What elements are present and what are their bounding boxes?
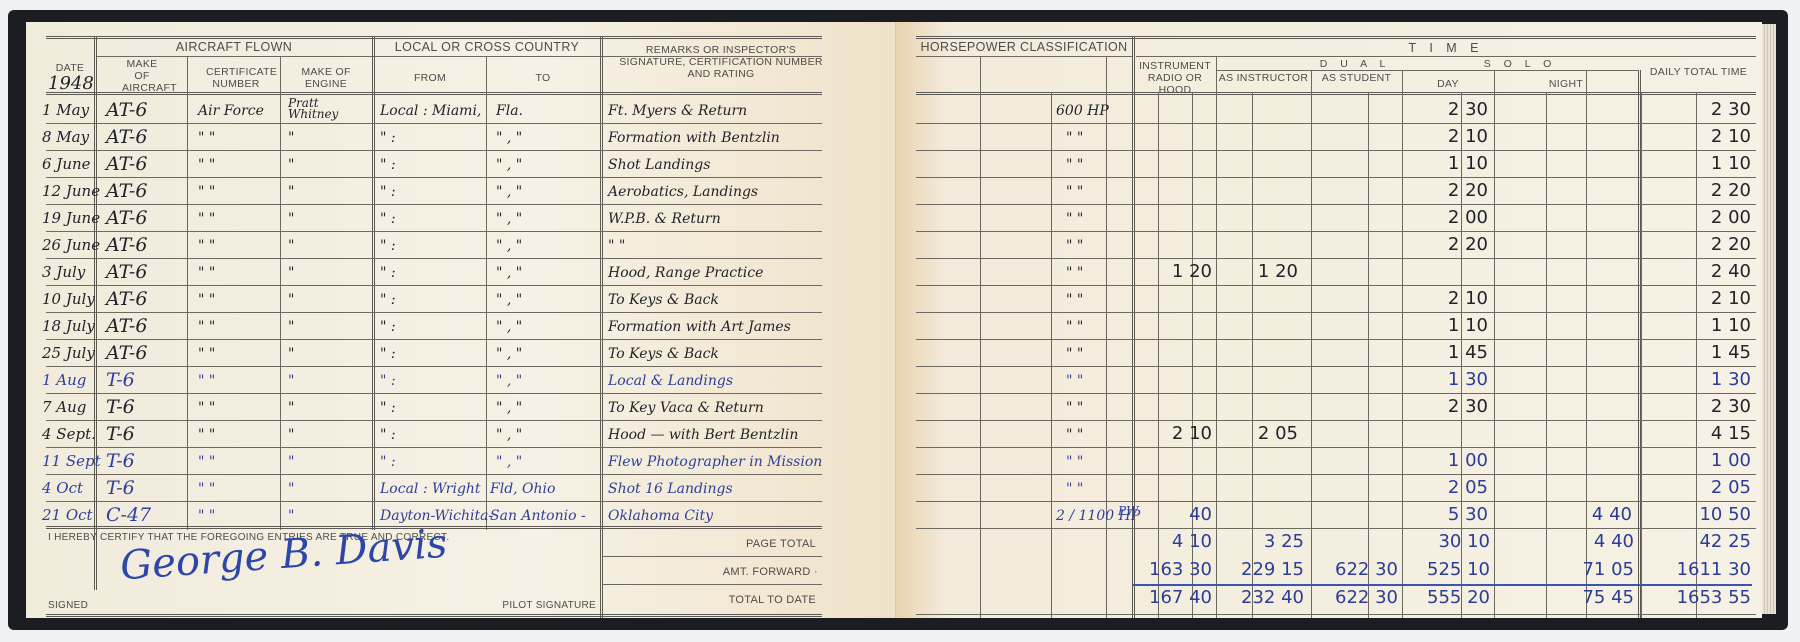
header-night: NIGHT (1494, 78, 1638, 90)
entry-to: Fld, Ohio (490, 479, 555, 499)
entry-horsepower: " " (1066, 263, 1083, 283)
entry-remarks: Hood — with Bert Bentzlin (608, 425, 798, 445)
entry-certificate: Air Force (198, 101, 264, 121)
entry-daily-total: 4 15 (1641, 424, 1751, 444)
entry-daily-total: 2 40 (1641, 262, 1751, 282)
entry-horsepower: " " (1066, 155, 1083, 175)
entry-engine: " (288, 452, 294, 472)
entry-daily-total: 2 10 (1641, 289, 1751, 309)
entry-certificate: " " (198, 155, 215, 175)
entry-solo-day-time: 1 30 (1402, 370, 1488, 390)
page-edges (1762, 24, 1776, 614)
right-page: HORSEPOWER CLASSIFICATION T I M E INSTRU… (896, 22, 1762, 618)
entry-horsepower: " " (1066, 128, 1083, 148)
entry-engine: " (288, 236, 294, 256)
entry-from: " : (380, 263, 396, 283)
entry-remarks: Aerobatics, Landings (608, 182, 758, 202)
entry-solo-night-time: 4 40 (1494, 505, 1632, 525)
total-to-date-instrument: 167 40 (1132, 588, 1212, 608)
entry-daily-total: 2 20 (1641, 235, 1751, 255)
entry-date: 19 June (42, 208, 100, 228)
entry-remarks: Formation with Art James (608, 317, 791, 337)
entry-date: 1 May (42, 100, 89, 120)
entry-certificate: " " (198, 425, 215, 445)
entry-daily-total: 1 10 (1641, 316, 1751, 336)
entry-from: " : (380, 425, 396, 445)
entry-solo-day-time: 1 10 (1402, 154, 1488, 174)
entry-aircraft: AT-6 (106, 343, 147, 363)
entry-instrument-time: 40 (1136, 505, 1212, 525)
header-aircraft-flown: AIRCRAFT FLOWN (96, 41, 372, 53)
entry-engine: " (288, 182, 294, 202)
entry-instrument-time: 2 10 (1136, 424, 1212, 444)
entry-to: " , " (496, 182, 522, 202)
header-horsepower-classification: HORSEPOWER CLASSIFICATION (916, 41, 1132, 53)
entry-solo-day-time: 2 05 (1402, 478, 1488, 498)
entry-from: " : (380, 290, 396, 310)
total-to-date-daily-total: 1653 55 (1641, 588, 1751, 608)
entry-horsepower: " " (1066, 236, 1083, 256)
header-make-of-aircraft: MAKE OF AIRCRAFT (122, 58, 162, 94)
header-as-instructor: AS INSTRUCTOR (1216, 72, 1311, 84)
entry-to: Fla. (496, 101, 523, 121)
entry-to: " , " (496, 452, 522, 472)
entry-to: " , " (496, 236, 522, 256)
entry-solo-day-time: 2 00 (1402, 208, 1488, 228)
entry-dual-instructor-time: 1 20 (1216, 262, 1298, 282)
entry-from: " : (380, 182, 396, 202)
page-total-daily-total: 42 25 (1641, 532, 1751, 552)
header-remarks: REMARKS OR INSPECTOR'S SIGNATURE, CERTIF… (616, 44, 826, 80)
entry-solo-day-time: 2 10 (1402, 127, 1488, 147)
entry-certificate: " " (198, 506, 215, 526)
header-time: T I M E (1136, 42, 1756, 54)
entry-horsepower: " " (1066, 479, 1083, 499)
entry-date: 25 July (42, 343, 95, 363)
entry-date: 8 May (42, 127, 89, 147)
entry-remarks: Formation with Bentzlin (608, 128, 780, 148)
entry-date: 7 Aug (42, 397, 86, 417)
header-daily-total: DAILY TOTAL TIME (1641, 66, 1756, 78)
entry-solo-day-time: 5 30 (1402, 505, 1488, 525)
entry-engine: " (288, 371, 294, 391)
entry-horsepower: 600 HP (1056, 101, 1109, 121)
total-to-date-solo-day: 555 20 (1400, 588, 1490, 608)
entry-daily-total: 1 45 (1641, 343, 1751, 363)
amt-forward-instrument: 163 30 (1132, 560, 1212, 580)
entry-aircraft: T-6 (106, 451, 135, 471)
entry-remarks: Flew Photographer in Mission (608, 452, 822, 472)
header-solo: S O L O (1402, 58, 1638, 70)
entry-certificate: " " (198, 398, 215, 418)
entry-from: " : (380, 155, 396, 175)
entry-horsepower: " " (1066, 344, 1083, 364)
entry-solo-day-time: 2 30 (1402, 397, 1488, 417)
entry-to: " , " (496, 344, 522, 364)
amt-forward-solo-night: 71 05 (1492, 560, 1634, 580)
entry-to: " , " (496, 425, 522, 445)
page-total-instrument: 4 10 (1132, 532, 1212, 552)
entry-certificate: " " (198, 290, 215, 310)
entry-daily-total: 2 10 (1641, 127, 1751, 147)
page-total-solo-night: 4 40 (1492, 532, 1634, 552)
entry-engine: " (288, 425, 294, 445)
amt-forward-label: AMT. FORWARD · (666, 566, 818, 578)
entry-solo-day-time: 1 00 (1402, 451, 1488, 471)
entry-horsepower: " " (1066, 290, 1083, 310)
amt-forward-daily-total: 1611 30 (1641, 560, 1751, 580)
entry-aircraft: AT-6 (106, 262, 147, 282)
header-from: FROM (374, 72, 486, 84)
entry-daily-total: 10 50 (1641, 505, 1751, 525)
header-as-student: AS STUDENT (1311, 72, 1402, 84)
entry-certificate: " " (198, 479, 215, 499)
entry-from: Local : Miami, (380, 101, 481, 121)
entry-horsepower: " " (1066, 209, 1083, 229)
total-to-date-dual-student: 622 30 (1308, 588, 1398, 608)
entry-aircraft: AT-6 (106, 316, 147, 336)
entry-from: " : (380, 344, 396, 364)
entry-aircraft: C-47 (106, 505, 151, 525)
entry-daily-total: 2 05 (1641, 478, 1751, 498)
amt-forward-dual-student: 622 30 (1308, 560, 1398, 580)
entry-daily-total: 2 20 (1641, 181, 1751, 201)
entry-aircraft: T-6 (106, 424, 135, 444)
header-certificate-number: CERTIFICATE NUMBER (206, 66, 266, 90)
entry-from: " : (380, 398, 396, 418)
header-to: TO (486, 72, 600, 84)
entry-horsepower: " " (1066, 317, 1083, 337)
total-to-date-solo-night: 75 45 (1492, 588, 1634, 608)
entry-engine: " (288, 155, 294, 175)
entry-from: " : (380, 317, 396, 337)
entry-date: 21 Oct (42, 505, 93, 525)
entry-certificate: " " (198, 317, 215, 337)
amt-forward-dual-instructor: 229 15 (1214, 560, 1304, 580)
entry-to: " , " (496, 290, 522, 310)
entry-remarks: To Keys & Back (608, 344, 719, 364)
entry-certificate: " " (198, 182, 215, 202)
entry-from: " : (380, 371, 396, 391)
entry-certificate: " " (198, 344, 215, 364)
entry-daily-total: 1 00 (1641, 451, 1751, 471)
entry-remarks: " " (608, 236, 625, 256)
entry-date: 10 July (42, 289, 95, 309)
entry-engine: " (288, 479, 294, 499)
entry-engine: Pratt Whitney (288, 98, 368, 120)
entry-solo-day-time: 2 30 (1402, 100, 1488, 120)
entry-to: " , " (496, 398, 522, 418)
header-local-or-cross-country: LOCAL OR CROSS COUNTRY (374, 41, 600, 53)
entry-date: 4 Oct (42, 478, 83, 498)
entry-instrument-time: 1 20 (1136, 262, 1212, 282)
entry-engine: " (288, 263, 294, 283)
entry-certificate: " " (198, 209, 215, 229)
entry-certificate: " " (198, 452, 215, 472)
entry-remarks: W.P.B. & Return (608, 209, 721, 229)
entry-aircraft: T-6 (106, 397, 135, 417)
entry-date: 26 June (42, 235, 100, 255)
header-day: DAY (1402, 78, 1494, 90)
entry-from: " : (380, 209, 396, 229)
entry-certificate: " " (198, 236, 215, 256)
header-make-of-engine: MAKE OF ENGINE (298, 66, 354, 90)
total-to-date-label: TOTAL TO DATE (666, 594, 816, 606)
entry-remarks: Shot 16 Landings (608, 479, 733, 499)
entry-daily-total: 2 30 (1641, 100, 1751, 120)
entry-date: 6 June (42, 154, 91, 174)
entry-horsepower: " " (1066, 182, 1083, 202)
entry-aircraft: AT-6 (106, 154, 147, 174)
entry-daily-total: 1 10 (1641, 154, 1751, 174)
entry-solo-day-time: 1 45 (1402, 343, 1488, 363)
entry-solo-day-time: 1 10 (1402, 316, 1488, 336)
entry-engine: " (288, 317, 294, 337)
entry-certificate: " " (198, 263, 215, 283)
entry-daily-total: 2 30 (1641, 397, 1751, 417)
entry-to: " , " (496, 371, 522, 391)
signed-label: SIGNED (48, 600, 108, 612)
entry-horsepower: " " (1066, 398, 1083, 418)
entry-date: 3 July (42, 262, 85, 282)
entry-remarks: Hood, Range Practice (608, 263, 763, 283)
page-total-solo-day: 30 10 (1400, 532, 1490, 552)
entry-aircraft: AT-6 (106, 235, 147, 255)
entry-aircraft: T-6 (106, 478, 135, 498)
page-total-dual-instructor: 3 25 (1214, 532, 1304, 552)
entry-date: 4 Sept. (42, 424, 96, 444)
header-instrument: INSTRUMENT RADIO OR HOOD (1134, 60, 1216, 96)
entry-from: " : (380, 236, 396, 256)
entry-from: Local : Wright (380, 479, 481, 499)
page-total-label: PAGE TOTAL (666, 538, 816, 550)
entry-solo-day-time: 2 20 (1402, 181, 1488, 201)
entry-dual-instructor-time: 2 05 (1216, 424, 1298, 444)
year: 1948 (48, 74, 94, 94)
entry-remarks: Ft. Myers & Return (608, 101, 747, 121)
entry-aircraft: AT-6 (106, 181, 147, 201)
entry-remarks: Local & Landings (608, 371, 733, 391)
total-to-date-dual-instructor: 232 40 (1214, 588, 1304, 608)
entry-engine: " (288, 128, 294, 148)
amt-forward-solo-day: 525 10 (1400, 560, 1490, 580)
entry-certificate: " " (198, 128, 215, 148)
entry-to: " , " (496, 317, 522, 337)
entry-aircraft: AT-6 (106, 208, 147, 228)
entry-to: " , " (496, 155, 522, 175)
entry-engine: " (288, 209, 294, 229)
entry-to: " , " (496, 263, 522, 283)
entry-date: 11 Sept (42, 451, 101, 471)
entry-date: 12 June (42, 181, 100, 201)
entry-horsepower: " " (1066, 452, 1083, 472)
entry-remarks: Oklahoma City (608, 506, 713, 526)
entry-to: " , " (496, 128, 522, 148)
entry-aircraft: T-6 (106, 370, 135, 390)
entry-engine: " (288, 290, 294, 310)
entry-engine: " (288, 506, 294, 526)
entry-engine: " (288, 344, 294, 364)
entry-remarks: Shot Landings (608, 155, 710, 175)
entry-from: " : (380, 128, 396, 148)
entry-engine: " (288, 398, 294, 418)
entry-from: " : (380, 452, 396, 472)
entry-to: " , " (496, 209, 522, 229)
entry-date: 1 Aug (42, 370, 86, 390)
entry-daily-total: 2 00 (1641, 208, 1751, 228)
entry-remarks: To Key Vaca & Return (608, 398, 764, 418)
entry-daily-total: 1 30 (1641, 370, 1751, 390)
entry-aircraft: AT-6 (106, 289, 147, 309)
entry-solo-day-time: 2 10 (1402, 289, 1488, 309)
entry-solo-day-time: 2 20 (1402, 235, 1488, 255)
pilot-signature-label: PILOT SIGNATURE (476, 600, 596, 612)
left-page: DATE 1948 AIRCRAFT FLOWN MAKE OF AIRCRAF… (26, 22, 896, 618)
entry-aircraft: AT-6 (106, 127, 147, 147)
entry-horsepower: " " (1066, 371, 1083, 391)
entry-aircraft: AT-6 (106, 100, 147, 120)
entry-remarks: To Keys & Back (608, 290, 719, 310)
entry-certificate: " " (198, 371, 215, 391)
entry-to: San Antonio - (490, 506, 586, 526)
entry-date: 18 July (42, 316, 95, 336)
entry-horsepower: " " (1066, 425, 1083, 445)
